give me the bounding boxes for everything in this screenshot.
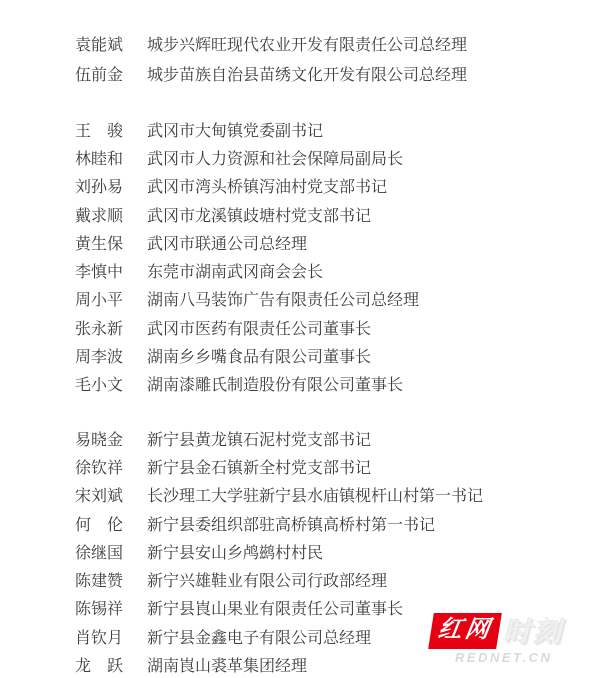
roster-row: 陈建赞 新宁兴雄鞋业有限公司行政部经理 xyxy=(75,565,600,593)
person-name: 何 伦 xyxy=(75,512,123,535)
person-position: 武冈市医药有限责任公司董事长 xyxy=(147,316,371,339)
person-position: 武冈市联通公司总经理 xyxy=(147,231,307,254)
person-name: 周小平 xyxy=(75,287,123,310)
person-position: 新宁县安山乡鸬鹚村村民 xyxy=(147,540,323,563)
rednet-watermark-logo: 红网 时刻 REDNET.CN xyxy=(431,612,597,670)
person-position: 新宁县金鑫电子有限公司总经理 xyxy=(147,625,371,648)
person-name: 袁能斌 xyxy=(75,32,123,55)
person-name: 黄生保 xyxy=(75,231,123,254)
person-position: 武冈市人力资源和社会保障局副局长 xyxy=(147,146,403,169)
person-name: 戴求顺 xyxy=(75,203,123,226)
roster-row: 袁能斌 城步兴辉旺现代农业开发有限责任公司总经理 xyxy=(75,28,600,58)
person-name: 周李波 xyxy=(75,344,123,367)
roster-row: 周李波 湖南乡乡嘴食品有限公司董事长 xyxy=(75,341,600,369)
person-name: 林睦和 xyxy=(75,146,123,169)
rednet-logo-row: 红网 时刻 xyxy=(431,612,597,649)
person-position: 城步兴辉旺现代农业开发有限责任公司总经理 xyxy=(147,32,467,55)
roster-row: 李慎中 东莞市湖南武冈商会会长 xyxy=(75,256,600,284)
person-name: 陈锡祥 xyxy=(75,596,123,619)
person-name: 宋刘斌 xyxy=(75,483,123,506)
person-position: 新宁县金石镇新全村党支部书记 xyxy=(147,455,371,478)
person-position: 东莞市湖南武冈商会会长 xyxy=(147,259,323,282)
person-position: 武冈市大甸镇党委副书记 xyxy=(147,118,323,141)
document-page: 袁能斌 城步兴辉旺现代农业开发有限责任公司总经理 伍前金 城步苗族自治县苗绣文化… xyxy=(0,0,600,678)
person-position: 湖南八马装饰广告有限责任公司总经理 xyxy=(147,287,419,310)
person-name: 李慎中 xyxy=(75,259,123,282)
roster-row: 周小平 湖南八马装饰广告有限责任公司总经理 xyxy=(75,285,600,313)
person-name: 陈建赞 xyxy=(75,568,123,591)
person-name: 刘孙易 xyxy=(75,174,123,197)
roster-row: 徐钦祥 新宁县金石镇新全村党支部书记 xyxy=(75,452,600,480)
roster-group-2: 王 骏 武冈市大甸镇党委副书记 林睦和 武冈市人力资源和社会保障局副局长 刘孙易… xyxy=(0,115,600,398)
person-position: 长沙理工大学驻新宁县水庙镇枧杆山村第一书记 xyxy=(147,483,483,506)
roster-row: 刘孙易 武冈市湾头桥镇泻油村党支部书记 xyxy=(75,172,600,200)
person-position: 新宁县委组织部驻高桥镇高桥村第一书记 xyxy=(147,512,435,535)
roster-row: 林睦和 武冈市人力资源和社会保障局副局长 xyxy=(75,143,600,171)
person-name: 龙 跃 xyxy=(75,653,123,676)
roster-group-1: 袁能斌 城步兴辉旺现代农业开发有限责任公司总经理 伍前金 城步苗族自治县苗绣文化… xyxy=(0,0,600,88)
rednet-domain-text: REDNET.CN xyxy=(455,650,597,665)
roster-row: 徐继国 新宁县安山乡鸬鹚村村民 xyxy=(75,537,600,565)
roster-row: 宋刘斌 长沙理工大学驻新宁县水庙镇枧杆山村第一书记 xyxy=(75,481,600,509)
person-name: 张永新 xyxy=(75,316,123,339)
roster-row: 易晓金 新宁县黄龙镇石泥村党支部书记 xyxy=(75,424,600,452)
person-name: 毛小文 xyxy=(75,372,123,395)
person-position: 武冈市龙溪镇歧塘村党支部书记 xyxy=(147,203,371,226)
person-name: 徐钦祥 xyxy=(75,455,123,478)
roster-row: 毛小文 湖南漆雕氏制造股份有限公司董事长 xyxy=(75,370,600,398)
person-name: 肖钦月 xyxy=(75,625,123,648)
person-name: 王 骏 xyxy=(75,118,123,141)
rednet-logo-red-block: 红网 xyxy=(428,613,502,649)
rednet-logo-light-text: 时刻 xyxy=(504,615,564,649)
person-position: 武冈市湾头桥镇泻油村党支部书记 xyxy=(147,174,387,197)
roster-row: 何 伦 新宁县委组织部驻高桥镇高桥村第一书记 xyxy=(75,509,600,537)
roster-row: 王 骏 武冈市大甸镇党委副书记 xyxy=(75,115,600,143)
person-position: 湖南乡乡嘴食品有限公司董事长 xyxy=(147,344,371,367)
roster-row: 黄生保 武冈市联通公司总经理 xyxy=(75,228,600,256)
person-position: 新宁县崀山果业有限责任公司董事长 xyxy=(147,596,403,619)
person-position: 湖南崀山裘革集团经理 xyxy=(147,653,307,676)
person-position: 城步苗族自治县苗绣文化开发有限公司总经理 xyxy=(147,62,467,85)
roster-row: 戴求顺 武冈市龙溪镇歧塘村党支部书记 xyxy=(75,200,600,228)
person-position: 新宁县黄龙镇石泥村党支部书记 xyxy=(147,427,371,450)
person-name: 伍前金 xyxy=(75,62,123,85)
person-name: 徐继国 xyxy=(75,540,123,563)
person-position: 湖南漆雕氏制造股份有限公司董事长 xyxy=(147,372,403,395)
roster-row: 张永新 武冈市医药有限责任公司董事长 xyxy=(75,313,600,341)
roster-row: 伍前金 城步苗族自治县苗绣文化开发有限公司总经理 xyxy=(75,58,600,88)
person-name: 易晓金 xyxy=(75,427,123,450)
person-position: 新宁兴雄鞋业有限公司行政部经理 xyxy=(147,568,387,591)
